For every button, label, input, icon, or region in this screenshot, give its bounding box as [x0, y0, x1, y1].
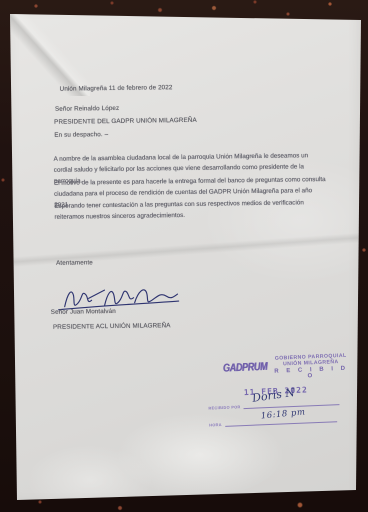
received-by-label: RECIBIDO POR [208, 404, 240, 410]
signer-title: PRESIDENTE ACL UNIÓN MILAGREÑA [53, 322, 171, 331]
time-label: HORA [209, 422, 222, 428]
closing-salutation: Atentamente [56, 259, 93, 267]
body-paragraph-3: Esperando tener contestación a las pregu… [54, 197, 328, 223]
time-line [225, 421, 337, 427]
photo-of-letter: Unión Milagreña 11 de febrero de 2022 Se… [0, 0, 368, 512]
received-stamp: GADPRUM GOBIERNO PARROQUIAL UNIÓN MILAGR… [198, 350, 353, 438]
recipient-despacho: En su despacho. – [54, 131, 108, 139]
signer-name: Señor Juan Montalván [51, 308, 116, 316]
letter-date-line: Unión Milagreña 11 de febrero de 2022 [60, 84, 173, 93]
stamp-logo-gadprum: GADPRUM [223, 360, 268, 374]
letter-content: Unión Milagreña 11 de febrero de 2022 Se… [0, 0, 368, 512]
recipient-title: PRESIDENTE DEL GADPR UNIÓN MILAGREÑA [54, 117, 197, 126]
stamp-status-recibido: R E C I B I D O [271, 366, 351, 381]
recipient-name: Señor Reinaldo López [55, 105, 119, 113]
